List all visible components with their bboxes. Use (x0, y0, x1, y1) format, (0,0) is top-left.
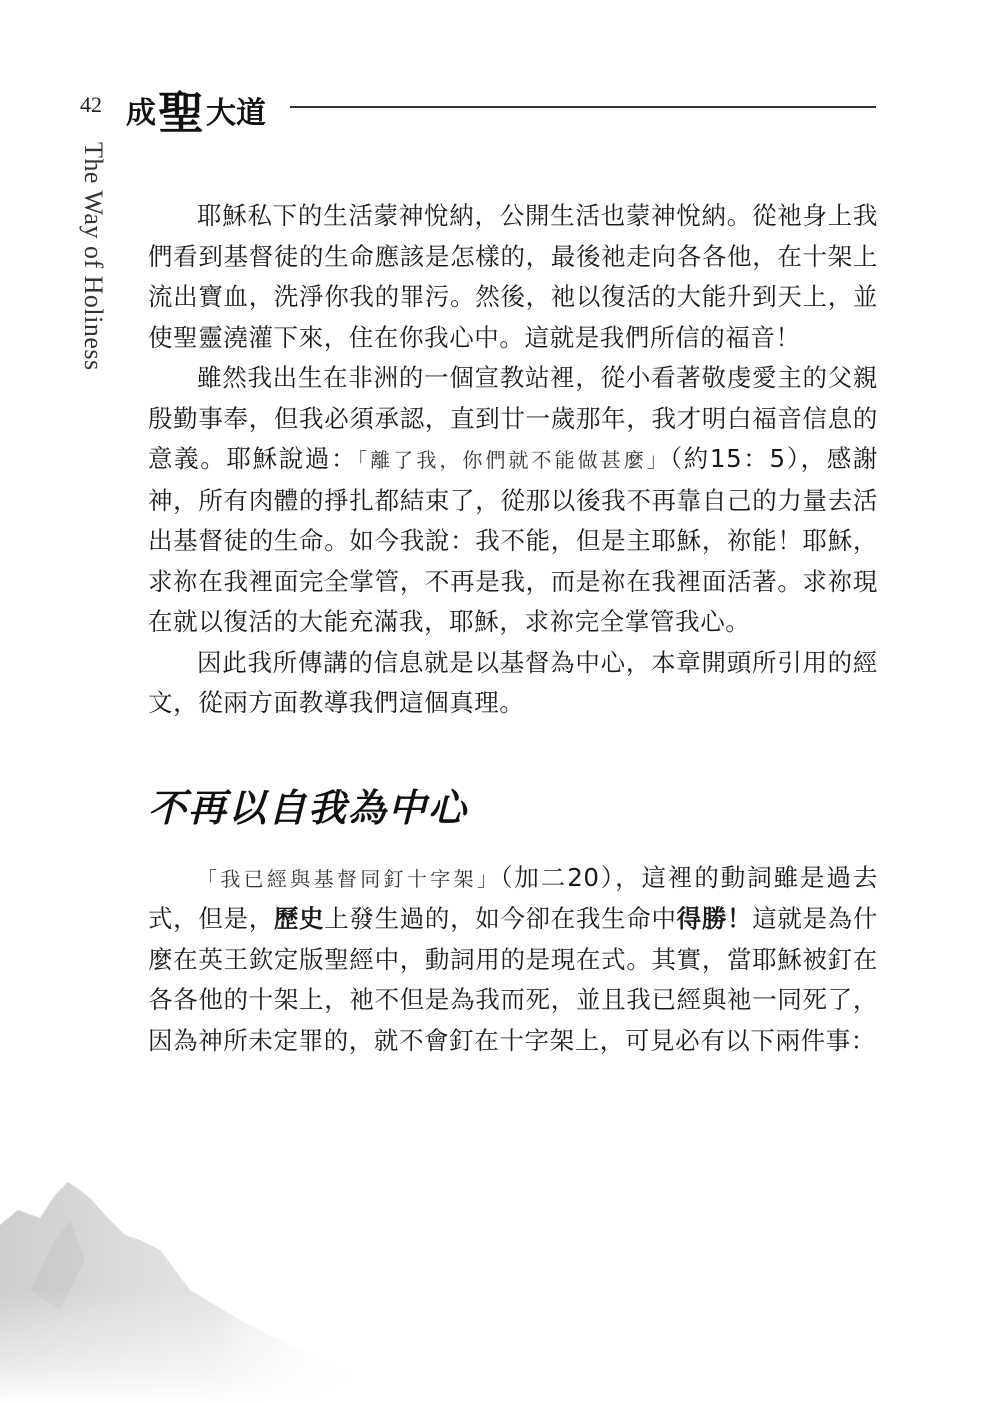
book-title: 成 聖 大 道 (126, 80, 266, 134)
scripture-quote: 「離了我，你們就不能做甚麼」 (357, 448, 670, 472)
paragraph-4: 「我已經與基督同釘十字架」（加二20），這裡的動詞雖是過去式，但是，歷史上發生過… (148, 858, 878, 1062)
mountain-illustration-icon (0, 1170, 360, 1403)
page-number: 42 (80, 92, 102, 118)
paragraph-4-text-b: 上發生過的，如今卻在我生命中 (324, 904, 676, 933)
paragraph-1: 耶穌私下的生活蒙神悅納，公開生活也蒙神悅納。從祂身上我們看到基督徒的生命應該是怎… (148, 196, 878, 358)
book-title-char-1: 成 (126, 94, 156, 134)
paragraph-2: 雖然我出生在非洲的一個宣教站裡，從小看著敬虔愛主的父親殷勤事奉，但我必須承認，直… (148, 358, 878, 643)
header-rule (290, 106, 876, 108)
scripture-quote: 「我已經與基督同釘十字架」 (197, 867, 500, 891)
section-heading: 不再以自我為中心 (148, 782, 878, 834)
book-title-char-3: 大 (206, 94, 236, 134)
bold-text-history: 歷史 (274, 904, 324, 933)
book-title-char-2: 聖 (158, 86, 204, 140)
scripture-reference: （約15：5） (670, 444, 801, 473)
book-title-char-4: 道 (236, 94, 266, 134)
side-title: The Way of Holiness (78, 142, 108, 371)
paragraph-3: 因此我所傳講的信息就是以基督為中心，本章開頭所引用的經文，從兩方面教導我們這個真… (148, 643, 878, 724)
page-content: 耶穌私下的生活蒙神悅納，公開生活也蒙神悅納。從祂身上我們看到基督徒的生命應該是怎… (148, 196, 878, 1061)
bold-text-victory: 得勝！ (677, 904, 753, 933)
scripture-reference: （加二20） (500, 863, 615, 892)
